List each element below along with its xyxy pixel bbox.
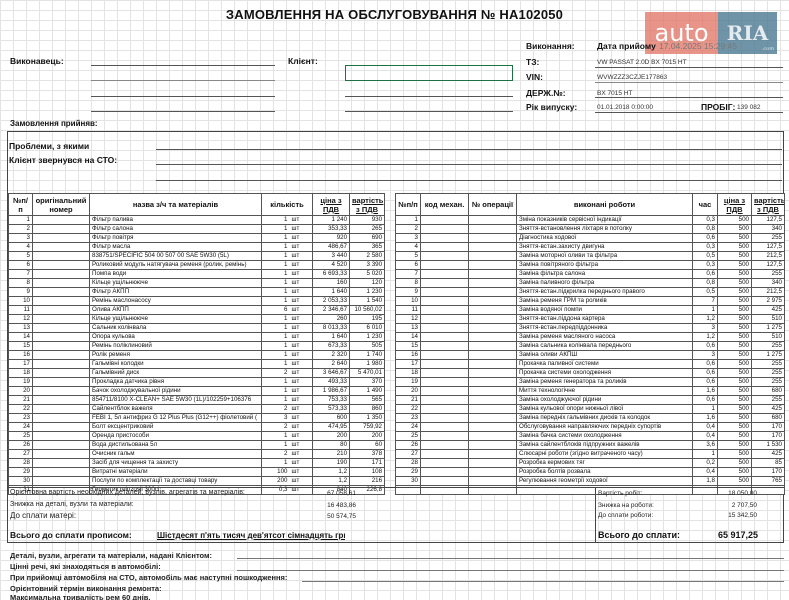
part-name: Олива АКПП	[90, 306, 262, 315]
problems-line-2	[156, 164, 782, 165]
works-row: 13Зняття-встан.передпіддонника35001 275	[396, 324, 785, 333]
works-row: 24Обслуговування направляючих передніх с…	[396, 423, 785, 432]
part-orig	[33, 396, 90, 405]
work-total: 1 275	[752, 351, 785, 360]
works-col-price: ціна з ПДВ	[718, 194, 752, 216]
part-unit: шт	[290, 279, 313, 288]
year-line	[595, 112, 783, 113]
work-code	[421, 297, 469, 306]
work-num: 13	[396, 324, 421, 333]
work-num: 17	[396, 360, 421, 369]
parts-row: 26Вода дистильована 5л1шт8060	[9, 441, 385, 450]
parts-row: 1Фільтр палива1шт1 240930	[9, 216, 385, 225]
work-code	[421, 423, 469, 432]
part-orig	[33, 261, 90, 270]
work-total: 255	[752, 396, 785, 405]
parts-row: 29Витратні матеріали100шт1,2108	[9, 468, 385, 477]
work-price: 500	[718, 225, 752, 234]
part-orig	[33, 342, 90, 351]
part-num: 19	[9, 378, 33, 387]
part-orig	[33, 405, 90, 414]
part-num: 21	[9, 396, 33, 405]
work-time: 0,4	[693, 432, 718, 441]
part-total: 2 580	[350, 252, 385, 261]
part-qty: 1	[262, 342, 290, 351]
works-row: 14Заміна ременя масляного насоса1,250051…	[396, 333, 785, 342]
problems-line-3	[156, 180, 782, 181]
work-code	[421, 459, 469, 468]
work-time: 1,6	[693, 414, 718, 423]
work-time: 0,8	[693, 279, 718, 288]
work-code	[421, 387, 469, 396]
work-price: 500	[718, 252, 752, 261]
part-qty: 1	[262, 441, 290, 450]
work-time: 3,6	[693, 441, 718, 450]
part-qty: 100	[262, 468, 290, 477]
work-name: Зняття-встан.підкрилка переднього правог…	[517, 288, 693, 297]
parts-pay-label: До сплати матері:	[10, 511, 76, 520]
part-unit: шт	[290, 450, 313, 459]
work-num: 25	[396, 432, 421, 441]
part-unit: шт	[290, 252, 313, 261]
work-total: 1 275	[752, 324, 785, 333]
work-op	[469, 279, 517, 288]
parts-row: 6Роликовий модуль натягувача ременя (рол…	[9, 261, 385, 270]
work-time: 7	[693, 297, 718, 306]
part-price: 190	[313, 459, 350, 468]
part-orig	[33, 216, 90, 225]
work-num: 12	[396, 315, 421, 324]
parts-row: 23FEBI 1, 5л антифриз G 12 Plus Plus (G1…	[9, 414, 385, 423]
part-unit: шт	[290, 216, 313, 225]
works-row: 29Розробка болтів розвала0,4500170	[396, 468, 785, 477]
work-code	[421, 351, 469, 360]
works-row: 27Слюсарні роботи (згідно витраченого ча…	[396, 450, 785, 459]
part-total: 6 010	[350, 324, 385, 333]
work-code	[421, 270, 469, 279]
works-row: 26Заміна сайлентблоків підпружних важелі…	[396, 441, 785, 450]
part-orig	[33, 441, 90, 450]
vin-line	[595, 82, 783, 83]
work-total: 212,5	[752, 288, 785, 297]
total-words-label: Всього до сплати прописом:	[10, 530, 132, 540]
parts-row: 11Олива АКПП6шт2 346,6710 560,02	[9, 306, 385, 315]
part-orig	[33, 414, 90, 423]
part-unit: шт	[290, 324, 313, 333]
work-code	[421, 234, 469, 243]
work-op	[469, 324, 517, 333]
work-name: Заміна охолоджуючої рідини	[517, 396, 693, 405]
parts-row: 5838751/SPECIFIC 504 00 507 00 SAE 5W30 …	[9, 252, 385, 261]
work-num: 5	[396, 252, 421, 261]
part-name: Опора кульова	[90, 333, 262, 342]
work-op	[469, 441, 517, 450]
work-op	[469, 225, 517, 234]
executor-line-1	[91, 65, 275, 66]
client-line-2	[345, 96, 513, 97]
parts-row: 19Прокладка датчика рівня1шт493,33370	[9, 378, 385, 387]
part-num: 5	[9, 252, 33, 261]
part-price: 1 986,67	[313, 387, 350, 396]
work-num: 4	[396, 243, 421, 252]
parts-estimated-label: Орієнтовна вартість необхідних деталей, …	[10, 489, 245, 496]
work-name: Прокачка паливної системи	[517, 360, 693, 369]
part-total: 216	[350, 477, 385, 486]
part-qty: 1	[262, 396, 290, 405]
part-qty: 1	[262, 216, 290, 225]
parts-col-price: ціна з ПДВ	[313, 194, 350, 216]
works-row: 6Заміна повітряного фільтра0,3500127,5	[396, 261, 785, 270]
work-price: 500	[718, 468, 752, 477]
work-total: 127,5	[752, 261, 785, 270]
part-name: Ремінь маслонасосу	[90, 297, 262, 306]
part-unit: шт	[290, 333, 313, 342]
part-num: 24	[9, 423, 33, 432]
work-num: 21	[396, 396, 421, 405]
work-op	[469, 234, 517, 243]
part-orig	[33, 369, 90, 378]
works-row: 7Заміна фільтра салона0,6500255	[396, 270, 785, 279]
part-price: 1 640	[313, 333, 350, 342]
work-time: 0,6	[693, 234, 718, 243]
work-total: 127,5	[752, 216, 785, 225]
part-name: Прокладка датчика рівня	[90, 378, 262, 387]
work-time: 1,2	[693, 315, 718, 324]
work-time: 0,5	[693, 252, 718, 261]
parts-row: 25Оренда пристособи1шт200200	[9, 432, 385, 441]
work-num: 27	[396, 450, 421, 459]
vin-value: WVWZZZ3CZJE177863	[597, 74, 667, 81]
works-row: 19Заміна ременя генератора та роликів0,6…	[396, 378, 785, 387]
part-orig	[33, 432, 90, 441]
works-row: 2Зняття-встановлення ліхтаря в потолку0,…	[396, 225, 785, 234]
work-price: 500	[718, 414, 752, 423]
part-unit: шт	[290, 432, 313, 441]
part-orig	[33, 459, 90, 468]
parts-row: 20Бачок охолоджувальної рідини1шт1 986,6…	[9, 387, 385, 396]
work-time: 0,6	[693, 360, 718, 369]
parts-col-qty: кількість	[262, 194, 313, 216]
work-code	[421, 441, 469, 450]
vin-label: VIN:	[526, 72, 543, 82]
part-num: 27	[9, 450, 33, 459]
part-name: Фільтр салона	[90, 225, 262, 234]
part-total: 930	[350, 216, 385, 225]
work-code	[421, 279, 469, 288]
work-op	[469, 261, 517, 270]
client-cell-selected[interactable]	[345, 65, 513, 81]
part-qty: 1	[262, 324, 290, 333]
part-qty: 2	[262, 369, 290, 378]
part-name: Послуги по комплектації та доставці това…	[90, 477, 262, 486]
part-unit: шт	[290, 342, 313, 351]
part-price: 2 053,33	[313, 297, 350, 306]
part-price: 2 346,67	[313, 306, 350, 315]
work-time: 0,4	[693, 468, 718, 477]
footer-max-duration: Максимальна тривалість рем 60 днів.	[10, 593, 150, 600]
mileage-value: 139 082	[737, 104, 761, 111]
total-value: 65 917,25	[690, 530, 758, 540]
work-op	[469, 468, 517, 477]
work-num: 19	[396, 378, 421, 387]
part-qty: 2	[262, 405, 290, 414]
work-time: 0,6	[693, 378, 718, 387]
work-total: 765	[752, 477, 785, 486]
total-label: Всього до сплати:	[598, 530, 680, 540]
part-num: 15	[9, 342, 33, 351]
part-orig	[33, 324, 90, 333]
works-col-time: час	[693, 194, 718, 216]
works-row: 22Заміна кульової опори нижньої лівої150…	[396, 405, 785, 414]
work-name: Слюсарні роботи (згідно витраченого часу…	[517, 450, 693, 459]
part-orig	[33, 270, 90, 279]
part-total: 195	[350, 315, 385, 324]
work-total: 255	[752, 360, 785, 369]
work-num: 18	[396, 369, 421, 378]
client-label: Клієнт:	[288, 56, 318, 66]
part-total: 1 490	[350, 387, 385, 396]
work-op	[469, 342, 517, 351]
work-op	[469, 396, 517, 405]
part-name: Оренда пристособи	[90, 432, 262, 441]
year-value: 01.01.2018 0:00:00	[597, 104, 653, 111]
work-time: 0,3	[693, 243, 718, 252]
ts-value: VW PASSAT 2.0D BX 7015 HT	[597, 59, 687, 66]
work-op	[469, 315, 517, 324]
part-total: 365	[350, 243, 385, 252]
works-row: 11Заміна водяної помпи1500425	[396, 306, 785, 315]
part-price: 474,95	[313, 423, 350, 432]
part-name: Вода дистильована 5л	[90, 441, 262, 450]
work-code	[421, 432, 469, 441]
part-orig	[33, 243, 90, 252]
part-price: 1 640	[313, 288, 350, 297]
part-num: 2	[9, 225, 33, 234]
work-name: Заміна оливи АКПШ	[517, 351, 693, 360]
part-num: 28	[9, 459, 33, 468]
works-col-total: вартість з ПДВ	[752, 194, 785, 216]
work-total: 425	[752, 306, 785, 315]
work-total: 680	[752, 414, 785, 423]
part-total: 108	[350, 468, 385, 477]
work-time: 0,6	[693, 369, 718, 378]
works-col-num: №п/п	[396, 194, 421, 216]
parts-row: 27Очисник гальм2шт210378	[9, 450, 385, 459]
work-total: 340	[752, 279, 785, 288]
part-name: FEBI 1, 5л антифриз G 12 Plus Plus (G12+…	[90, 414, 262, 423]
work-code	[421, 243, 469, 252]
part-unit: шт	[290, 225, 313, 234]
work-num: 10	[396, 297, 421, 306]
work-price: 500	[718, 396, 752, 405]
works-row: 4Зняття-встан.захисту двигуна0,3500127,5	[396, 243, 785, 252]
work-price: 500	[718, 432, 752, 441]
part-name: Очисник гальм	[90, 450, 262, 459]
work-time: 1,8	[693, 477, 718, 486]
part-num: 3	[9, 234, 33, 243]
part-orig	[33, 450, 90, 459]
part-num: 22	[9, 405, 33, 414]
work-total: 255	[752, 270, 785, 279]
part-orig	[33, 315, 90, 324]
part-orig	[33, 360, 90, 369]
part-num: 9	[9, 288, 33, 297]
work-op	[469, 405, 517, 414]
part-qty: 1	[262, 378, 290, 387]
part-num: 29	[9, 468, 33, 477]
work-price: 500	[718, 351, 752, 360]
part-name: Ролік ременя	[90, 351, 262, 360]
part-name: Помпа води	[90, 270, 262, 279]
part-name: 838751/SPECIFIC 504 00 507 00 SAE 5W30 (…	[90, 252, 262, 261]
work-num: 23	[396, 414, 421, 423]
work-num: 24	[396, 423, 421, 432]
part-unit: шт	[290, 468, 313, 477]
part-price: 1,2	[313, 468, 350, 477]
works-cost-label: Вартість робіт:	[598, 490, 642, 497]
work-code	[421, 315, 469, 324]
parts-row: 22Сайлентблок важеля2шт573,33860	[9, 405, 385, 414]
work-code	[421, 360, 469, 369]
work-code	[421, 261, 469, 270]
part-orig	[33, 297, 90, 306]
part-qty: 3	[262, 414, 290, 423]
work-total: 510	[752, 315, 785, 324]
work-price: 500	[718, 387, 752, 396]
footer-valuables: Цінні речі, які знаходяться в автомобілі…	[10, 562, 161, 571]
part-qty: 1	[262, 315, 290, 324]
part-orig	[33, 288, 90, 297]
part-orig	[33, 423, 90, 432]
work-total: 85	[752, 459, 785, 468]
part-qty: 1	[262, 270, 290, 279]
part-name: 854711/8100 X-CLEAN+ SAE 5W30 (1L)/10225…	[90, 396, 262, 405]
work-code	[421, 369, 469, 378]
work-op	[469, 351, 517, 360]
part-name: Бачок охолоджувальної рідини	[90, 387, 262, 396]
work-price: 500	[718, 279, 752, 288]
work-num: 14	[396, 333, 421, 342]
work-price: 500	[718, 360, 752, 369]
work-total: 170	[752, 423, 785, 432]
part-orig	[33, 333, 90, 342]
part-qty: 6	[262, 306, 290, 315]
works-row: 5Заміна моторної оливи та фільтра0,55002…	[396, 252, 785, 261]
part-qty: 2	[262, 450, 290, 459]
part-unit: шт	[290, 423, 313, 432]
work-price: 500	[718, 423, 752, 432]
work-code	[421, 252, 469, 261]
ts-label: ТЗ:	[526, 57, 539, 67]
work-op	[469, 459, 517, 468]
work-price: 500	[718, 378, 752, 387]
part-orig	[33, 378, 90, 387]
work-op	[469, 369, 517, 378]
works-cost-value: 18 050,00	[700, 490, 757, 497]
works-row: 18Прокачка системи охолодження0,6500255	[396, 369, 785, 378]
work-code	[421, 414, 469, 423]
work-time: 1	[693, 306, 718, 315]
works-row: 10Заміна ременя ГРМ та роликів75002 975	[396, 297, 785, 306]
part-num: 30	[9, 477, 33, 486]
part-name: Сальник колінвала	[90, 324, 262, 333]
part-price: 573,33	[313, 405, 350, 414]
part-price: 3 646,67	[313, 369, 350, 378]
part-total: 171	[350, 459, 385, 468]
part-unit: шт	[290, 405, 313, 414]
work-op	[469, 387, 517, 396]
part-unit: шт	[290, 459, 313, 468]
work-total: 255	[752, 378, 785, 387]
part-total: 505	[350, 342, 385, 351]
work-time: 1,2	[693, 333, 718, 342]
part-price: 4 520	[313, 261, 350, 270]
part-num: 25	[9, 432, 33, 441]
part-total: 200	[350, 432, 385, 441]
plate-label: ДЕРЖ.№:	[526, 88, 566, 98]
part-num: 23	[9, 414, 33, 423]
work-name: Зняття-встан.захисту двигуна	[517, 243, 693, 252]
work-op	[469, 432, 517, 441]
part-unit: шт	[290, 270, 313, 279]
part-name: Сайлентблок важеля	[90, 405, 262, 414]
part-num: 4	[9, 243, 33, 252]
works-row: 21Заміна охолоджуючої рідини0,6500255	[396, 396, 785, 405]
parts-row: 15Ремінь поліклиновий1шт673,33505	[9, 342, 385, 351]
work-price: 500	[718, 342, 752, 351]
work-num: 3	[396, 234, 421, 243]
work-time: 0,8	[693, 225, 718, 234]
work-name: Прокачка системи охолодження	[517, 369, 693, 378]
parts-row: 13Сальник колінвала1шт8 013,336 010	[9, 324, 385, 333]
part-qty: 1	[262, 459, 290, 468]
part-total: 690	[350, 234, 385, 243]
works-summary-divider	[595, 487, 596, 543]
work-price: 500	[718, 261, 752, 270]
part-total: 265	[350, 225, 385, 234]
parts-row: 30Послуги по комплектації та доставці то…	[9, 477, 385, 486]
parts-col-num: №п/п	[9, 194, 33, 216]
part-name: Гальмівні колодки	[90, 360, 262, 369]
works-row: 1Зміна показників сервісної індикації0,3…	[396, 216, 785, 225]
work-code	[421, 450, 469, 459]
part-unit: шт	[290, 261, 313, 270]
part-num: 7	[9, 270, 33, 279]
work-total: 1 530	[752, 441, 785, 450]
part-orig	[33, 234, 90, 243]
footer-client-parts-line	[237, 558, 784, 559]
work-time: 0,4	[693, 423, 718, 432]
part-total: 1 230	[350, 333, 385, 342]
total-words-value: Шістдесят п'ять тисяч дев'ятсот сімнадця…	[157, 531, 345, 540]
parts-row: 18Гальмівний диск2шт3 646,675 470,01	[9, 369, 385, 378]
footer-damages-line	[302, 581, 784, 582]
work-total: 425	[752, 450, 785, 459]
part-num: 13	[9, 324, 33, 333]
part-num: 8	[9, 279, 33, 288]
works-row: 23Заміна передніх гальмівних дисків та к…	[396, 414, 785, 423]
work-op	[469, 333, 517, 342]
accepted-label: Замовлення прийняв:	[10, 119, 98, 128]
work-num: 20	[396, 387, 421, 396]
part-price: 1 240	[313, 216, 350, 225]
part-name: Роликовий модуль натягувача ременя (роли…	[90, 261, 262, 270]
work-op	[469, 270, 517, 279]
parts-discount-value: 16 483,86	[300, 502, 356, 509]
part-unit: шт	[290, 378, 313, 387]
work-name: Розробка кермових тяг	[517, 459, 693, 468]
work-time: 1	[693, 450, 718, 459]
